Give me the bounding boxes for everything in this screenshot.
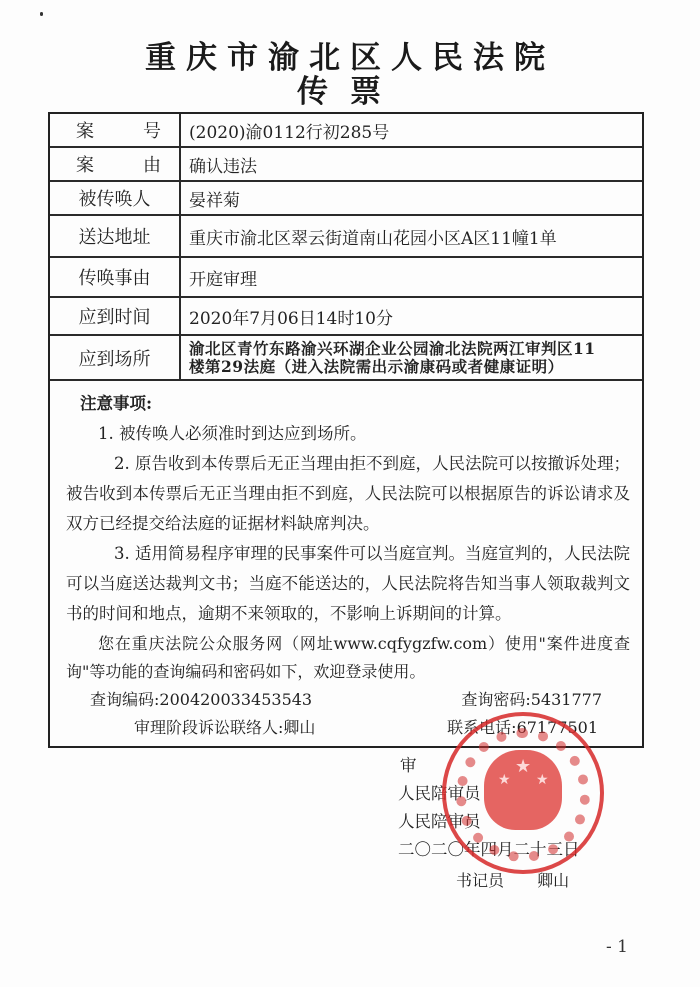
service-intro: 您在重庆法院公众服务网（网址www.cqfygzfw.com）使用"案件进度查询… (50, 630, 642, 686)
value-case-number: (2020)渝0112行初285号 (181, 114, 642, 146)
clerk-name: 卿山 (537, 871, 569, 890)
label-summoned-person: 被传唤人 (50, 182, 181, 214)
star-icon: ★ (498, 772, 511, 788)
query-code-label: 查询编码: (90, 690, 159, 709)
label-case-number: 案 号 (50, 114, 181, 146)
table-row-address: 送达地址 重庆市渝北区翠云街道南山花园小区A区11幢1单 (50, 216, 642, 258)
value-summoned-person: 晏祥菊 (181, 182, 642, 214)
label-part: 案 (76, 117, 94, 143)
contact-name: 卿山 (283, 718, 315, 737)
summons-table: 案 号 (2020)渝0112行初285号 案 由 确认违法 被传唤人 晏祥菊 … (50, 114, 642, 381)
contact-person: 审理阶段诉讼联络人:卿山 (134, 714, 315, 742)
note-item-2: 2. 原告收到本传票后无正当理由拒不到庭，人民法院可以按撤诉处理；被告收到本传票… (50, 449, 642, 539)
note-item-3: 3. 适用简易程序审理的民事案件可以当庭宣判。当庭宣判的，人民法院可以当庭送达裁… (50, 539, 642, 629)
court-name: 重庆市渝北区人民法院 (0, 40, 700, 76)
note-item-1: 1. 被传唤人必须准时到达应到场所。 (50, 419, 642, 449)
label-cause: 案 由 (50, 148, 181, 180)
query-code: 查询编码:200420033453543 (90, 686, 312, 714)
query-password-label: 查询密码: (461, 690, 530, 709)
contact-label: 审理阶段诉讼联络人: (134, 718, 283, 737)
table-row-place: 应到场所 渝北区青竹东路渝兴环湖企业公园渝北法院两江审判区11 楼第29法庭（进… (50, 336, 642, 381)
label-part: 由 (143, 151, 161, 177)
table-row-case-number: 案 号 (2020)渝0112行初285号 (50, 114, 642, 148)
query-password-value: 5431777 (531, 690, 602, 709)
label-part: 号 (143, 117, 161, 143)
label-place: 应到场所 (50, 336, 181, 379)
clerk-label: 书记员 (456, 871, 504, 890)
value-cause: 确认违法 (181, 148, 642, 180)
summons-frame: 案 号 (2020)渝0112行初285号 案 由 确认违法 被传唤人 晏祥菊 … (48, 112, 644, 748)
star-icon: ★ (515, 756, 531, 777)
national-emblem-icon: ★ ★ ★ (484, 750, 562, 830)
document-title: 传票 (0, 74, 700, 110)
query-code-value: 200420033453543 (159, 690, 312, 709)
place-line-2: 楼第29法庭（进入法院需出示渝康码或者健康证明） (189, 358, 596, 376)
value-address: 重庆市渝北区翠云街道南山花园小区A区11幢1单 (181, 216, 642, 256)
notes-heading: 注意事项: (50, 389, 642, 419)
notes-section: 注意事项: 1. 被传唤人必须准时到达应到场所。 2. 原告收到本传票后无正当理… (50, 389, 642, 629)
table-row-summoned-person: 被传唤人 晏祥菊 (50, 182, 642, 216)
label-time: 应到时间 (50, 298, 181, 334)
query-credentials: 查询编码:200420033453543 查询密码:5431777 (50, 686, 642, 714)
star-icon: ★ (536, 772, 549, 788)
value-time: 2020年7月06日14时10分 (181, 298, 642, 334)
table-row-cause: 案 由 确认违法 (50, 148, 642, 182)
court-seal-stamp: ★ ★ ★ (442, 712, 604, 874)
label-reason: 传唤事由 (50, 258, 181, 296)
place-line-1: 渝北区青竹东路渝兴环湖企业公园渝北法院两江审判区11 (189, 340, 596, 358)
table-row-reason: 传唤事由 开庭审理 (50, 258, 642, 298)
table-row-time: 应到时间 2020年7月06日14时10分 (50, 298, 642, 336)
value-reason: 开庭审理 (181, 258, 642, 296)
query-password: 查询密码:5431777 (461, 686, 602, 714)
value-place: 渝北区青竹东路渝兴环湖企业公园渝北法院两江审判区11 楼第29法庭（进入法院需出… (181, 336, 642, 379)
label-part: 案 (76, 151, 94, 177)
label-address: 送达地址 (50, 216, 181, 256)
scan-speck (40, 12, 43, 16)
page-number: - 1 (606, 937, 628, 957)
